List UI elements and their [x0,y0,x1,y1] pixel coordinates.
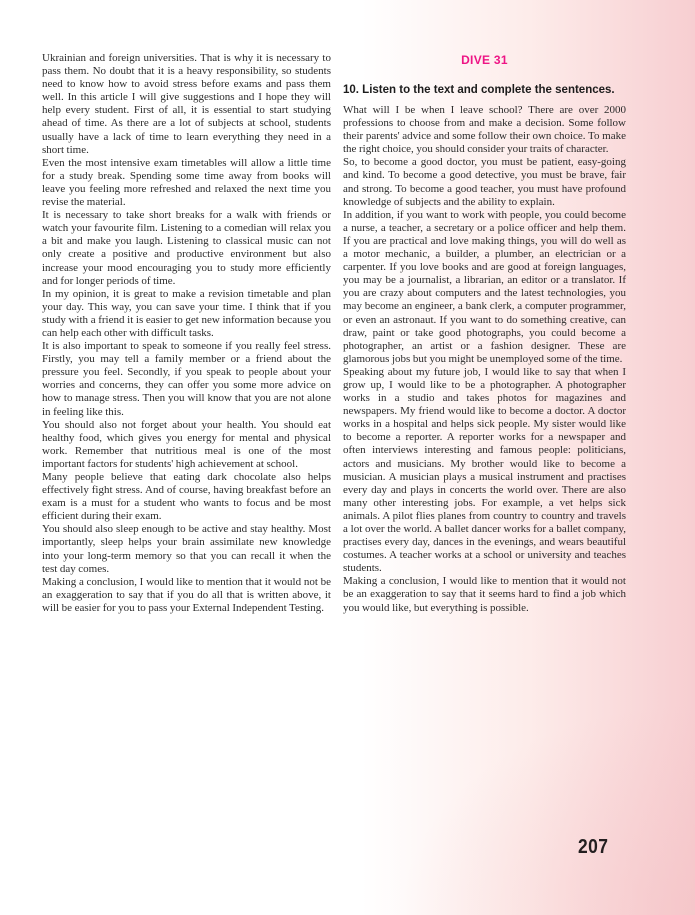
right-text-column: DIVE 31 10. Listen to the text and compl… [343,52,626,615]
paragraph: So, to become a good doctor, you must be… [343,156,626,208]
section-header: DIVE 31 [343,54,626,67]
paragraph: It is necessary to take short breaks for… [42,209,331,288]
page-number: 207 [578,835,608,859]
paragraph: Making a conclusion, I would like to men… [343,575,626,614]
paragraph: Ukrainian and foreign universities. That… [42,52,331,157]
paragraph: Making a conclusion, I would like to men… [42,576,331,615]
paragraph: You should also sleep enough to be activ… [42,523,331,575]
paragraph: It is also important to speak to someone… [42,340,331,419]
paragraph: In addition, if you want to work with pe… [343,209,626,366]
book-page: Ukrainian and foreign universities. That… [0,0,695,915]
paragraph: You should also not forget about your he… [42,419,331,471]
paragraph: What will I be when I leave school? Ther… [343,104,626,156]
left-text-column: Ukrainian and foreign universities. That… [42,52,331,615]
paragraph: In my opinion, it is great to make a rev… [42,288,331,340]
paragraph: Speaking about my future job, I would li… [343,366,626,576]
paragraph: Even the most intensive exam timetables … [42,157,331,209]
task-heading: 10. Listen to the text and complete the … [343,84,626,97]
paragraph: Many people believe that eating dark cho… [42,471,331,523]
